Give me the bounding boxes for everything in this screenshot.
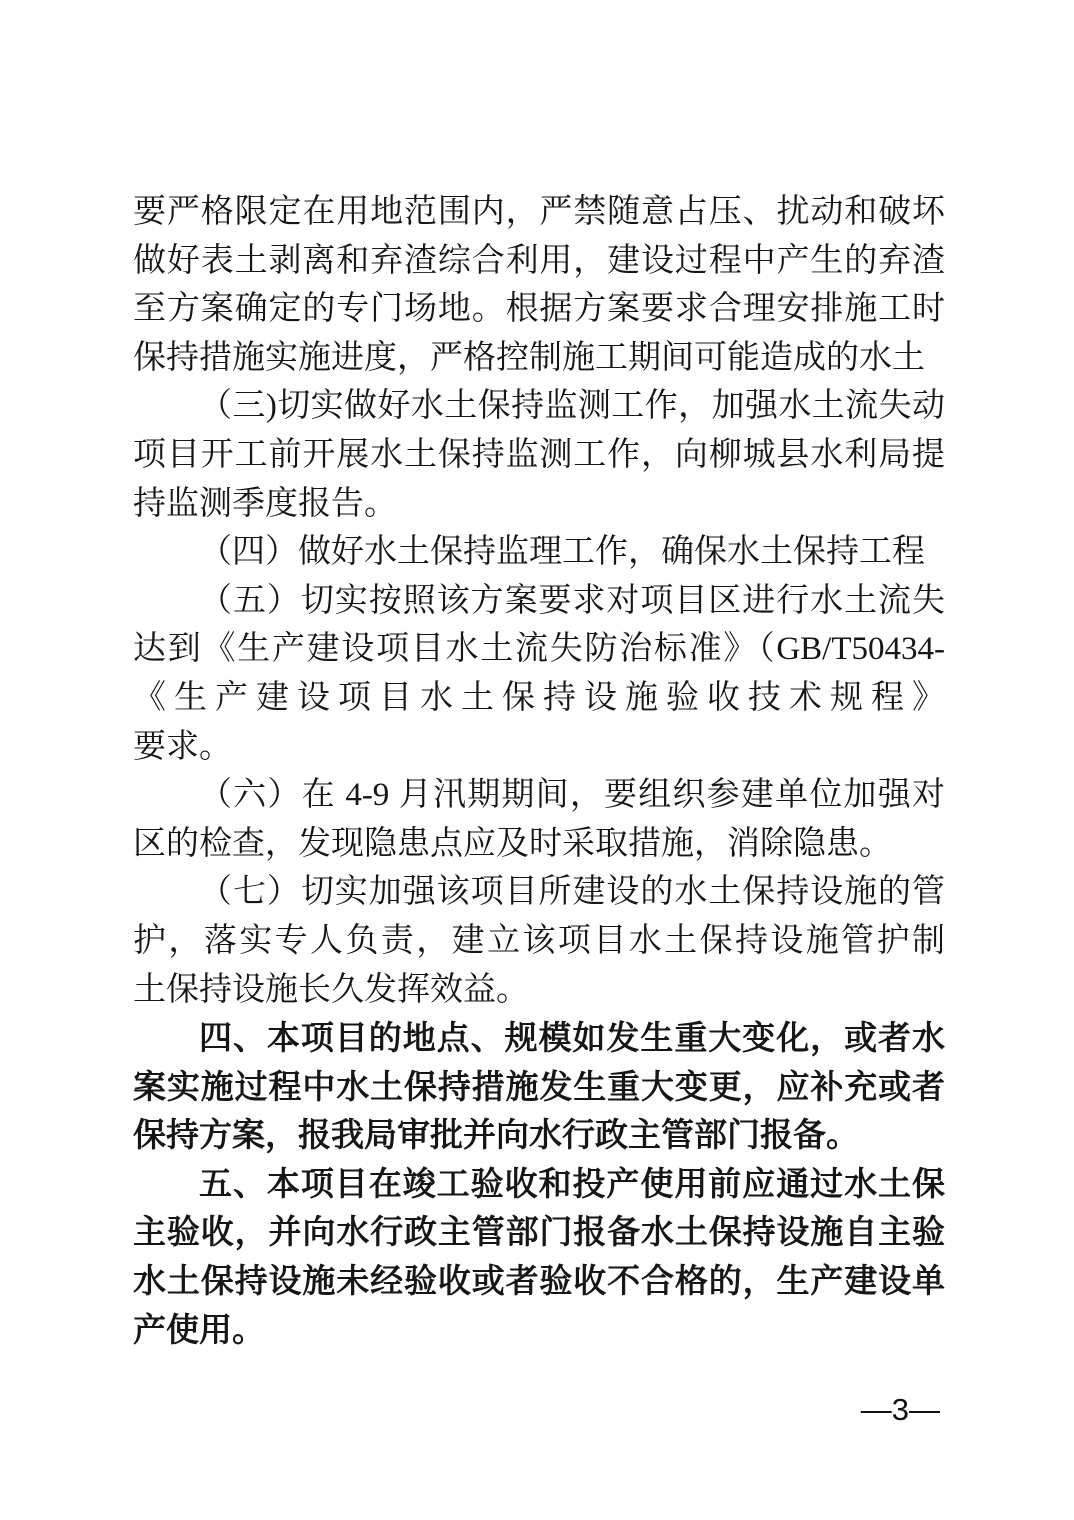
paragraph: 要严格限定在用地范围内，严禁随意占压、扰动和破坏地表植被。做好表土剥离和弃渣综合… — [133, 188, 945, 382]
text-line: 水土保持设施未经验收或者验收不合格的，生产建设单位不得投 — [133, 1257, 945, 1306]
paragraph: （六）在 4-9 月汛期期间，要组织参建单位加强对项目建设区的检查，发现隐患点应… — [133, 771, 945, 868]
text-line: 案实施过程中水土保持措施发生重大变更，应补充或者修改水土 — [133, 1063, 945, 1112]
paragraph: （四）做好水土保持监理工作，确保水土保持工程质量。 — [133, 528, 945, 577]
paragraph: （七）切实加强该项目所建设的水土保持设施的管理和维护，落实专人负责，建立该项目水… — [133, 868, 945, 1014]
text-line: 做好表土剥离和弃渣综合利用，建设过程中产生的弃渣要及时运 — [133, 237, 945, 286]
text-line: （四）做好水土保持监理工作，确保水土保持工程质量。 — [133, 528, 945, 577]
text-line: 四、本项目的地点、规模如发生重大变化，或者水土保持方 — [133, 1014, 945, 1063]
text-line: 区的检查，发现隐患点应及时采取措施，消除隐患。 — [133, 820, 945, 869]
text-line: （七）切实加强该项目所建设的水土保持设施的管理和维 — [133, 868, 945, 917]
text-line: 产使用。 — [133, 1306, 945, 1355]
text-line: 持监测季度报告。 — [133, 480, 945, 529]
paragraph: （三)切实做好水土保持监测工作，加强水土流失动态监控。项目开工前开展水土保持监测… — [133, 382, 945, 528]
text-line: 保持方案，报我局审批并向水行政主管部门报备。 — [133, 1111, 945, 1160]
document-body: 要严格限定在用地范围内，严禁随意占压、扰动和破坏地表植被。做好表土剥离和弃渣综合… — [133, 188, 945, 1354]
text-line: 项目开工前开展水土保持监测工作，向柳城县水利局提交水土保 — [133, 431, 945, 480]
text-line: 主验收，并向水行政主管部门报备水土保持设施自主验收材料。 — [133, 1208, 945, 1257]
text-line: 要严格限定在用地范围内，严禁随意占压、扰动和破坏地表植被。 — [133, 188, 945, 237]
text-line: 要求。 — [133, 723, 945, 772]
paragraph: 五、本项目在竣工验收和投产使用前应通过水土保持设施自主验收，并向水行政主管部门报… — [133, 1160, 945, 1354]
text-line: 达到《生产建设项目水土流失防治标准》（GB/T50434-2018）和 — [133, 625, 945, 674]
paragraph: （五）切实按照该方案要求对项目区进行水土流失防治，并达到《生产建设项目水土流失防… — [133, 577, 945, 771]
text-line: 土保持设施长久发挥效益。 — [133, 966, 945, 1015]
text-line: 护，落实专人负责，建立该项目水土保持设施管护制度，确保水 — [133, 917, 945, 966]
text-line: （三)切实做好水土保持监测工作，加强水土流失动态监控。 — [133, 382, 945, 431]
text-line: （六）在 4-9 月汛期期间，要组织参建单位加强对项目建设 — [133, 771, 945, 820]
text-line: 至方案确定的专门场地。根据方案要求合理安排施工时序和水土 — [133, 285, 945, 334]
page-number: —3— — [861, 1392, 940, 1427]
text-line: （五）切实按照该方案要求对项目区进行水土流失防治，并 — [133, 577, 945, 626]
text-line: 五、本项目在竣工验收和投产使用前应通过水土保持设施自 — [133, 1160, 945, 1209]
text-line: 保持措施实施进度，严格控制施工期间可能造成的水土流失。 — [133, 334, 945, 383]
text-line: 《生产建设项目水土保持设施验收技术规程》（GB/T22490-2016） — [133, 674, 945, 723]
paragraph: 四、本项目的地点、规模如发生重大变化，或者水土保持方案实施过程中水土保持措施发生… — [133, 1014, 945, 1160]
page-footer: —3— — [861, 1392, 940, 1428]
document-page: 要严格限定在用地范围内，严禁随意占压、扰动和破坏地表植被。做好表土剥离和弃渣综合… — [0, 0, 1074, 1520]
